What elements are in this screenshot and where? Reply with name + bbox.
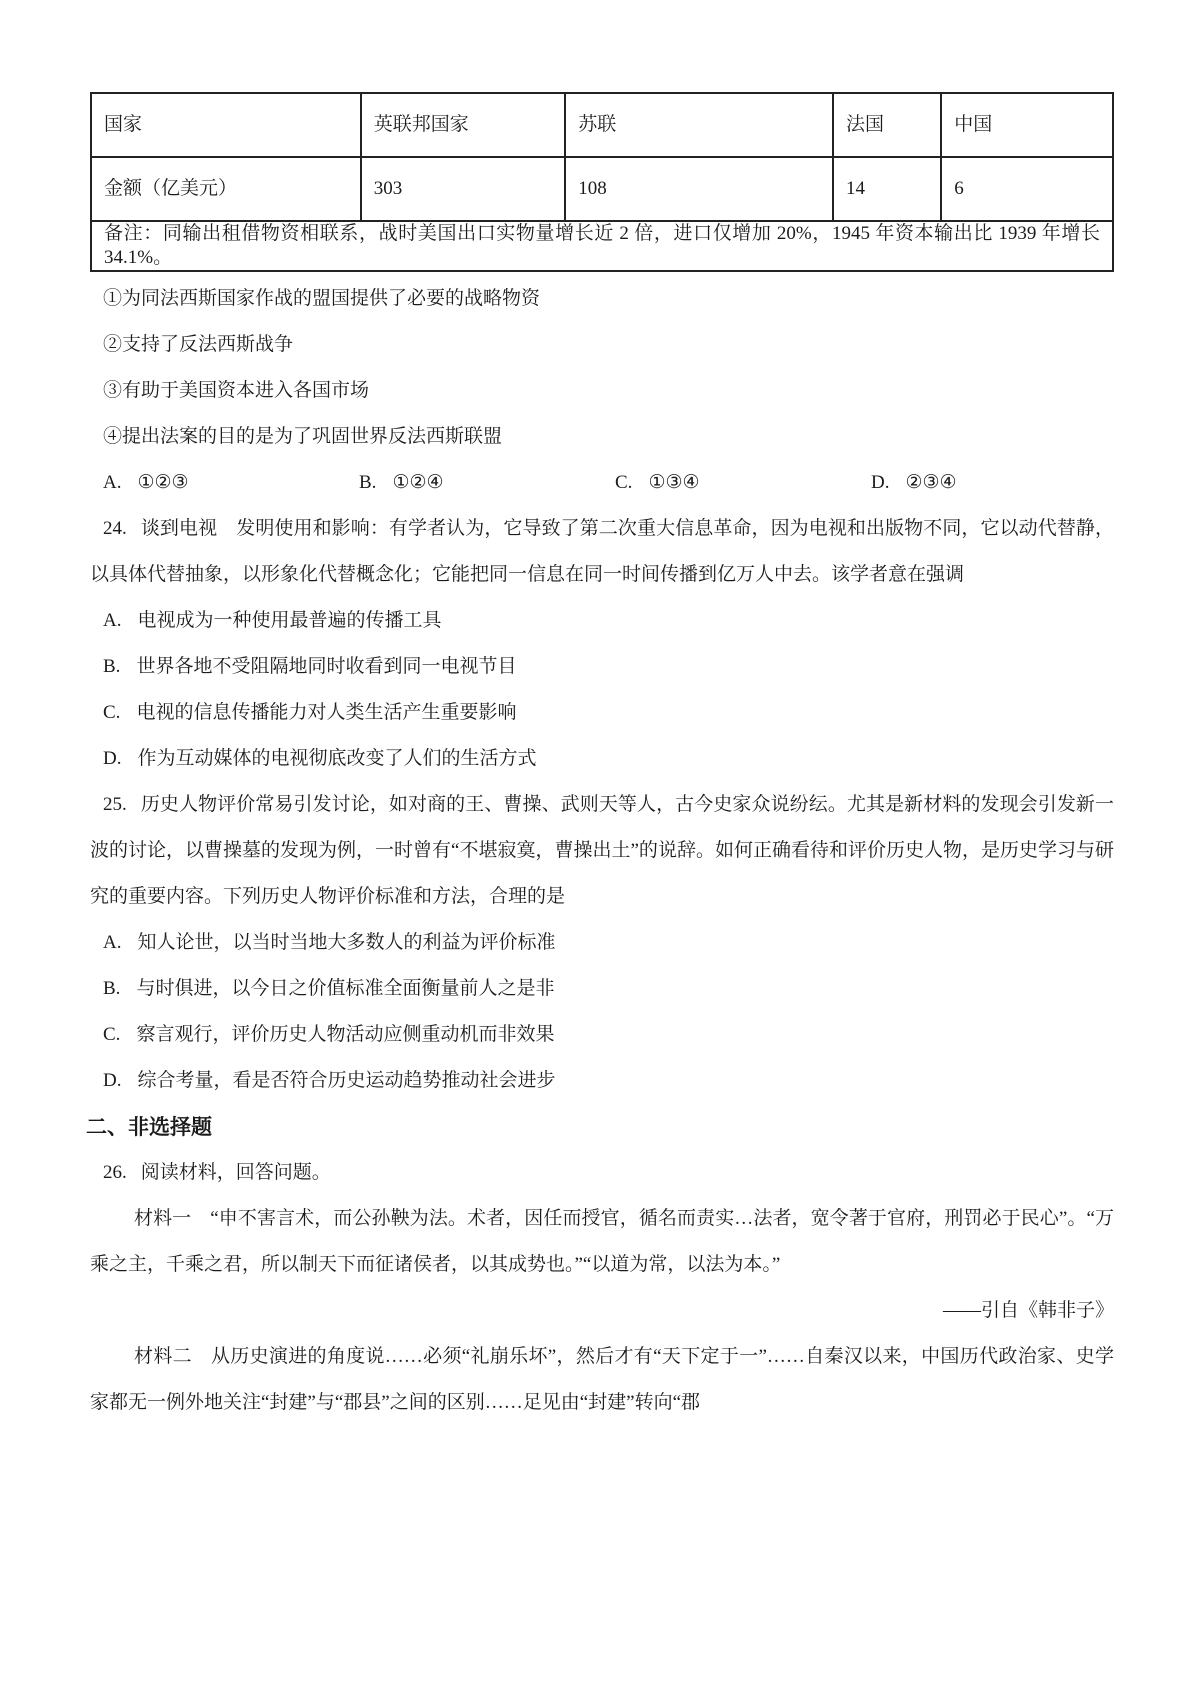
q25-option-c: C.察言观行，评价历史人物活动应侧重动机而非效果 <box>90 1012 1114 1058</box>
amount-china: 6 <box>941 157 1113 221</box>
q23-option-c: C.①③④ <box>602 460 858 506</box>
lend-lease-table: 国家 英联邦国家 苏联 法国 中国 金额（亿美元） 303 108 14 6 备… <box>90 92 1114 272</box>
q23-option-b: B.①②④ <box>346 460 602 506</box>
q23-statements: ①为同法西斯国家作战的盟国提供了必要的战略物资 ②支持了反法西斯战争 ③有助于美… <box>90 276 1114 460</box>
q24-option-a: A.电视成为一种使用最普遍的传播工具 <box>90 598 1114 644</box>
q25-stem-text: 历史人物评价常易引发讨论，如对商的王、曹操、武则天等人，古今史家众说纷纭。尤其是… <box>90 794 1114 907</box>
q24-stem: 24.谈到电视 发明使用和影响：有学者认为，它导致了第二次重大信息革命，因为电视… <box>90 506 1114 598</box>
option-text: 综合考量，看是否符合历史运动趋势推动社会进步 <box>137 1070 555 1091</box>
q23-statement-2: ②支持了反法西斯战争 <box>90 322 1114 368</box>
option-label: D. <box>103 748 121 769</box>
q26-intro: 26.阅读材料，回答问题。 <box>90 1150 1114 1196</box>
q25-number: 25. <box>103 794 127 815</box>
q26-number: 26. <box>103 1162 127 1183</box>
option-label: C. <box>615 472 632 493</box>
header-ussr: 苏联 <box>565 93 833 157</box>
q23-statement-3: ③有助于美国资本进入各国市场 <box>90 368 1114 414</box>
material-2-text: 从历史演进的角度说……必须“礼崩乐坏”，然后才有“天下定于一”……自秦汉以来，中… <box>90 1346 1114 1413</box>
option-label: D. <box>103 1070 121 1091</box>
q24-option-b: B.世界各地不受阻隔地同时收看到同一电视节目 <box>90 644 1114 690</box>
option-label: C. <box>103 1024 120 1045</box>
q23-statement-1: ①为同法西斯国家作战的盟国提供了必要的战略物资 <box>90 276 1114 322</box>
option-label: A. <box>103 932 121 953</box>
q25-option-a: A.知人论世，以当时当地大多数人的利益为评价标准 <box>90 920 1114 966</box>
header-china: 中国 <box>941 93 1113 157</box>
material-1-source: ——引自《韩非子》 <box>90 1288 1114 1334</box>
option-label: A. <box>103 610 121 631</box>
option-text: 作为互动媒体的电视彻底改变了人们的生活方式 <box>137 748 536 769</box>
q24-option-d: D.作为互动媒体的电视彻底改变了人们的生活方式 <box>90 736 1114 782</box>
material-1-text: “申不害言术，而公孙鞅为法。术者，因任而授官，循名而责实…法者，宽令著于官府，刑… <box>90 1208 1114 1275</box>
option-label: A. <box>103 472 121 493</box>
amount-france: 14 <box>833 157 941 221</box>
q23-option-d: D.②③④ <box>858 460 1114 506</box>
option-text: 电视的信息传播能力对人类生活产生重要影响 <box>136 702 516 723</box>
amount-ussr: 108 <box>565 157 833 221</box>
header-commonwealth: 英联邦国家 <box>361 93 565 157</box>
q23-statement-4: ④提出法案的目的是为了巩固世界反法西斯联盟 <box>90 414 1114 460</box>
q25-option-d: D.综合考量，看是否符合历史运动趋势推动社会进步 <box>90 1058 1114 1104</box>
option-text: 知人论世，以当时当地大多数人的利益为评价标准 <box>137 932 555 953</box>
option-text: ①②③ <box>137 472 188 493</box>
q25-stem: 25.历史人物评价常易引发讨论，如对商的王、曹操、武则天等人，古今史家众说纷纭。… <box>90 782 1114 920</box>
q24-stem-text: 谈到电视 发明使用和影响：有学者认为，它导致了第二次重大信息革命，因为电视和出版… <box>90 518 1114 585</box>
option-label: D. <box>871 472 889 493</box>
option-label: B. <box>103 656 120 677</box>
table-header-row: 国家 英联邦国家 苏联 法国 中国 <box>91 93 1113 157</box>
option-text: ①③④ <box>648 472 699 493</box>
material-1-label: 材料一 <box>134 1208 191 1229</box>
table-note: 备注：同输出租借物资相联系，战时美国出口实物量增长近 2 倍，进口仅增加 20%… <box>91 221 1113 271</box>
option-label: B. <box>359 472 376 493</box>
option-text: 与时俱进，以今日之价值标准全面衡量前人之是非 <box>136 978 554 999</box>
q23-option-a: A.①②③ <box>90 460 346 506</box>
q24-number: 24. <box>103 518 127 539</box>
table-amount-row: 金额（亿美元） 303 108 14 6 <box>91 157 1113 221</box>
q25-option-b: B.与时俱进，以今日之价值标准全面衡量前人之是非 <box>90 966 1114 1012</box>
option-label: B. <box>103 978 120 999</box>
option-text: ①②④ <box>392 472 443 493</box>
q26-material-2: 材料二从历史演进的角度说……必须“礼崩乐坏”，然后才有“天下定于一”……自秦汉以… <box>90 1334 1114 1426</box>
amount-label: 金额（亿美元） <box>91 157 361 221</box>
header-france: 法国 <box>833 93 941 157</box>
q24-option-c: C.电视的信息传播能力对人类生活产生重要影响 <box>90 690 1114 736</box>
material-2-label: 材料二 <box>134 1346 192 1367</box>
option-text: ②③④ <box>905 472 956 493</box>
option-text: 电视成为一种使用最普遍的传播工具 <box>137 610 441 631</box>
exam-page: 国家 英联邦国家 苏联 法国 中国 金额（亿美元） 303 108 14 6 备… <box>0 0 1200 1698</box>
amount-commonwealth: 303 <box>361 157 565 221</box>
exam-content: 国家 英联邦国家 苏联 法国 中国 金额（亿美元） 303 108 14 6 备… <box>90 92 1114 1426</box>
q23-options-row: A.①②③ B.①②④ C.①③④ D.②③④ <box>90 460 1114 506</box>
q26-material-1: 材料一“申不害言术，而公孙鞅为法。术者，因任而授官，循名而责实…法者，宽令著于官… <box>90 1196 1114 1288</box>
option-text: 察言观行，评价历史人物活动应侧重动机而非效果 <box>136 1024 554 1045</box>
section-2-title: 二、非选择题 <box>86 1104 1114 1150</box>
q26-intro-text: 阅读材料，回答问题。 <box>141 1162 331 1183</box>
table-note-row: 备注：同输出租借物资相联系，战时美国出口实物量增长近 2 倍，进口仅增加 20%… <box>91 221 1113 271</box>
option-label: C. <box>103 702 120 723</box>
option-text: 世界各地不受阻隔地同时收看到同一电视节目 <box>136 656 516 677</box>
header-country: 国家 <box>91 93 361 157</box>
